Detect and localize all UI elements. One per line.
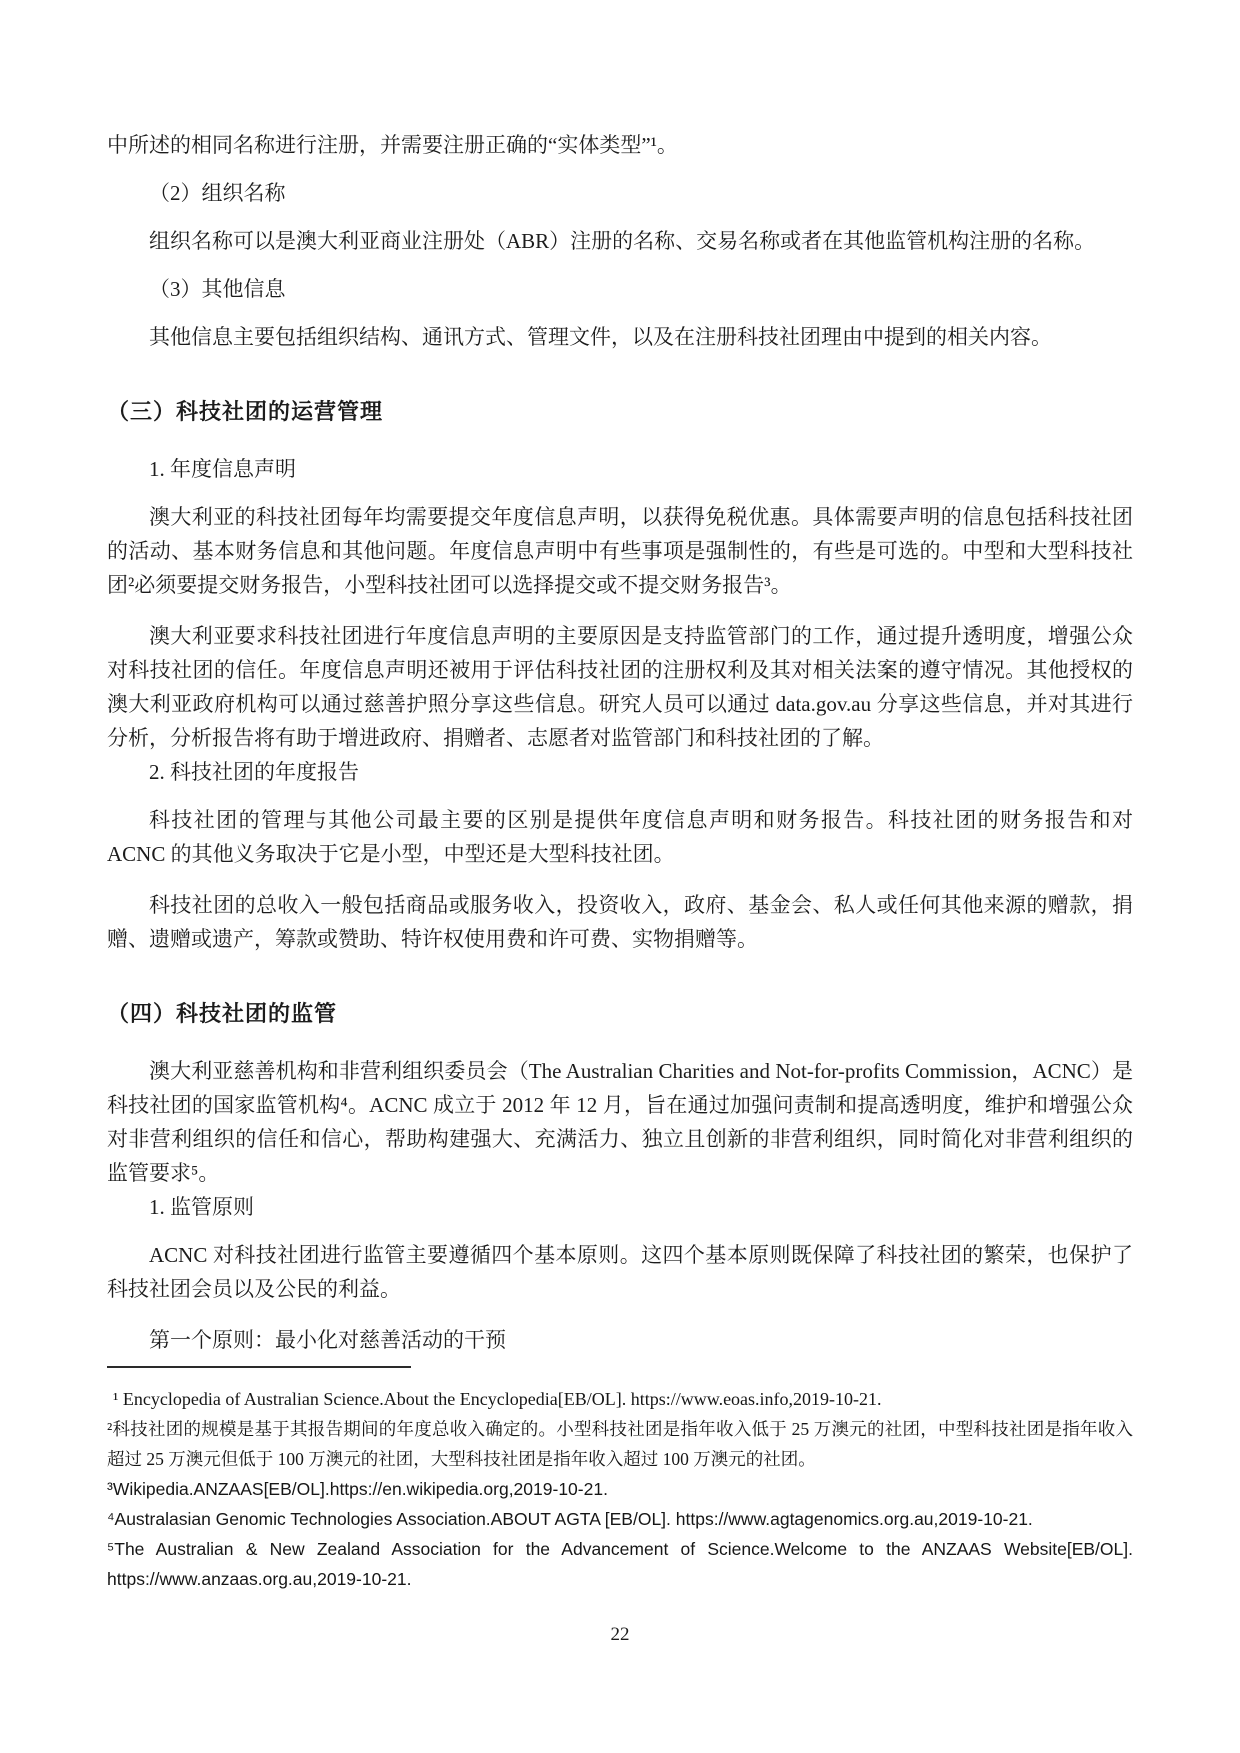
list-item-2-label: （2）组织名称 [107,176,1133,210]
subheading-annual-report: 2. 科技社团的年度报告 [107,755,1133,789]
footnote-2: ²科技社团的规模是基于其报告期间的年度总收入确定的。小型科技社团是指年收入低于 … [107,1414,1133,1474]
paragraph-continuation: 中所述的相同名称进行注册，并需要注册正确的“实体类型”¹。 [107,128,1133,162]
list-item-3-label: （3）其他信息 [107,272,1133,306]
paragraph-other-info: 其他信息主要包括组织结构、通讯方式、管理文件，以及在注册科技社团理由中提到的相关… [107,320,1133,354]
page-number: 22 [0,1624,1240,1646]
document-page: 中所述的相同名称进行注册，并需要注册正确的“实体类型”¹。 （2）组织名称 组织… [0,0,1240,1753]
paragraph-annual-report-1: 科技社团的管理与其他公司最主要的区别是提供年度信息声明和财务报告。科技社团的财务… [107,803,1133,871]
section-heading-operations-management: （三）科技社团的运营管理 [107,396,1133,428]
footnote-3: ³Wikipedia.ANZAAS[EB/OL].https://en.wiki… [107,1474,1133,1504]
subheading-annual-info-statement: 1. 年度信息声明 [107,452,1133,486]
paragraph-annual-info-1: 澳大利亚的科技社团每年均需要提交年度信息声明，以获得免税优惠。具体需要声明的信息… [107,500,1133,602]
subheading-regulation-principles: 1. 监管原则 [107,1190,1133,1224]
paragraph-annual-report-2: 科技社团的总收入一般包括商品或服务收入，投资收入，政府、基金会、私人或任何其他来… [107,888,1133,956]
paragraph-principles-1: ACNC 对科技社团进行监管主要遵循四个基本原则。这四个基本原则既保障了科技社团… [107,1238,1133,1306]
page-body: 中所述的相同名称进行注册，并需要注册正确的“实体类型”¹。 （2）组织名称 组织… [107,128,1133,1371]
footnote-1: ¹ Encyclopedia of Australian Science.Abo… [107,1384,1133,1414]
paragraph-regulation-intro: 澳大利亚慈善机构和非营利组织委员会（The Australian Chariti… [107,1054,1133,1190]
paragraph-annual-info-2: 澳大利亚要求科技社团进行年度信息声明的主要原因是支持监管部门的工作，通过提升透明… [107,619,1133,755]
paragraph-organization-name: 组织名称可以是澳大利亚商业注册处（ABR）注册的名称、交易名称或者在其他监管机构… [107,224,1133,258]
section-heading-supervision: （四）科技社团的监管 [107,998,1133,1030]
footnote-divider [107,1366,411,1368]
footnotes-section: ¹ Encyclopedia of Australian Science.Abo… [107,1366,1133,1594]
paragraph-first-principle: 第一个原则：最小化对慈善活动的干预 [107,1323,1133,1357]
footnote-4: ⁴Australasian Genomic Technologies Assoc… [107,1504,1133,1534]
footnote-5: ⁵The Australian & New Zealand Associatio… [107,1534,1133,1594]
